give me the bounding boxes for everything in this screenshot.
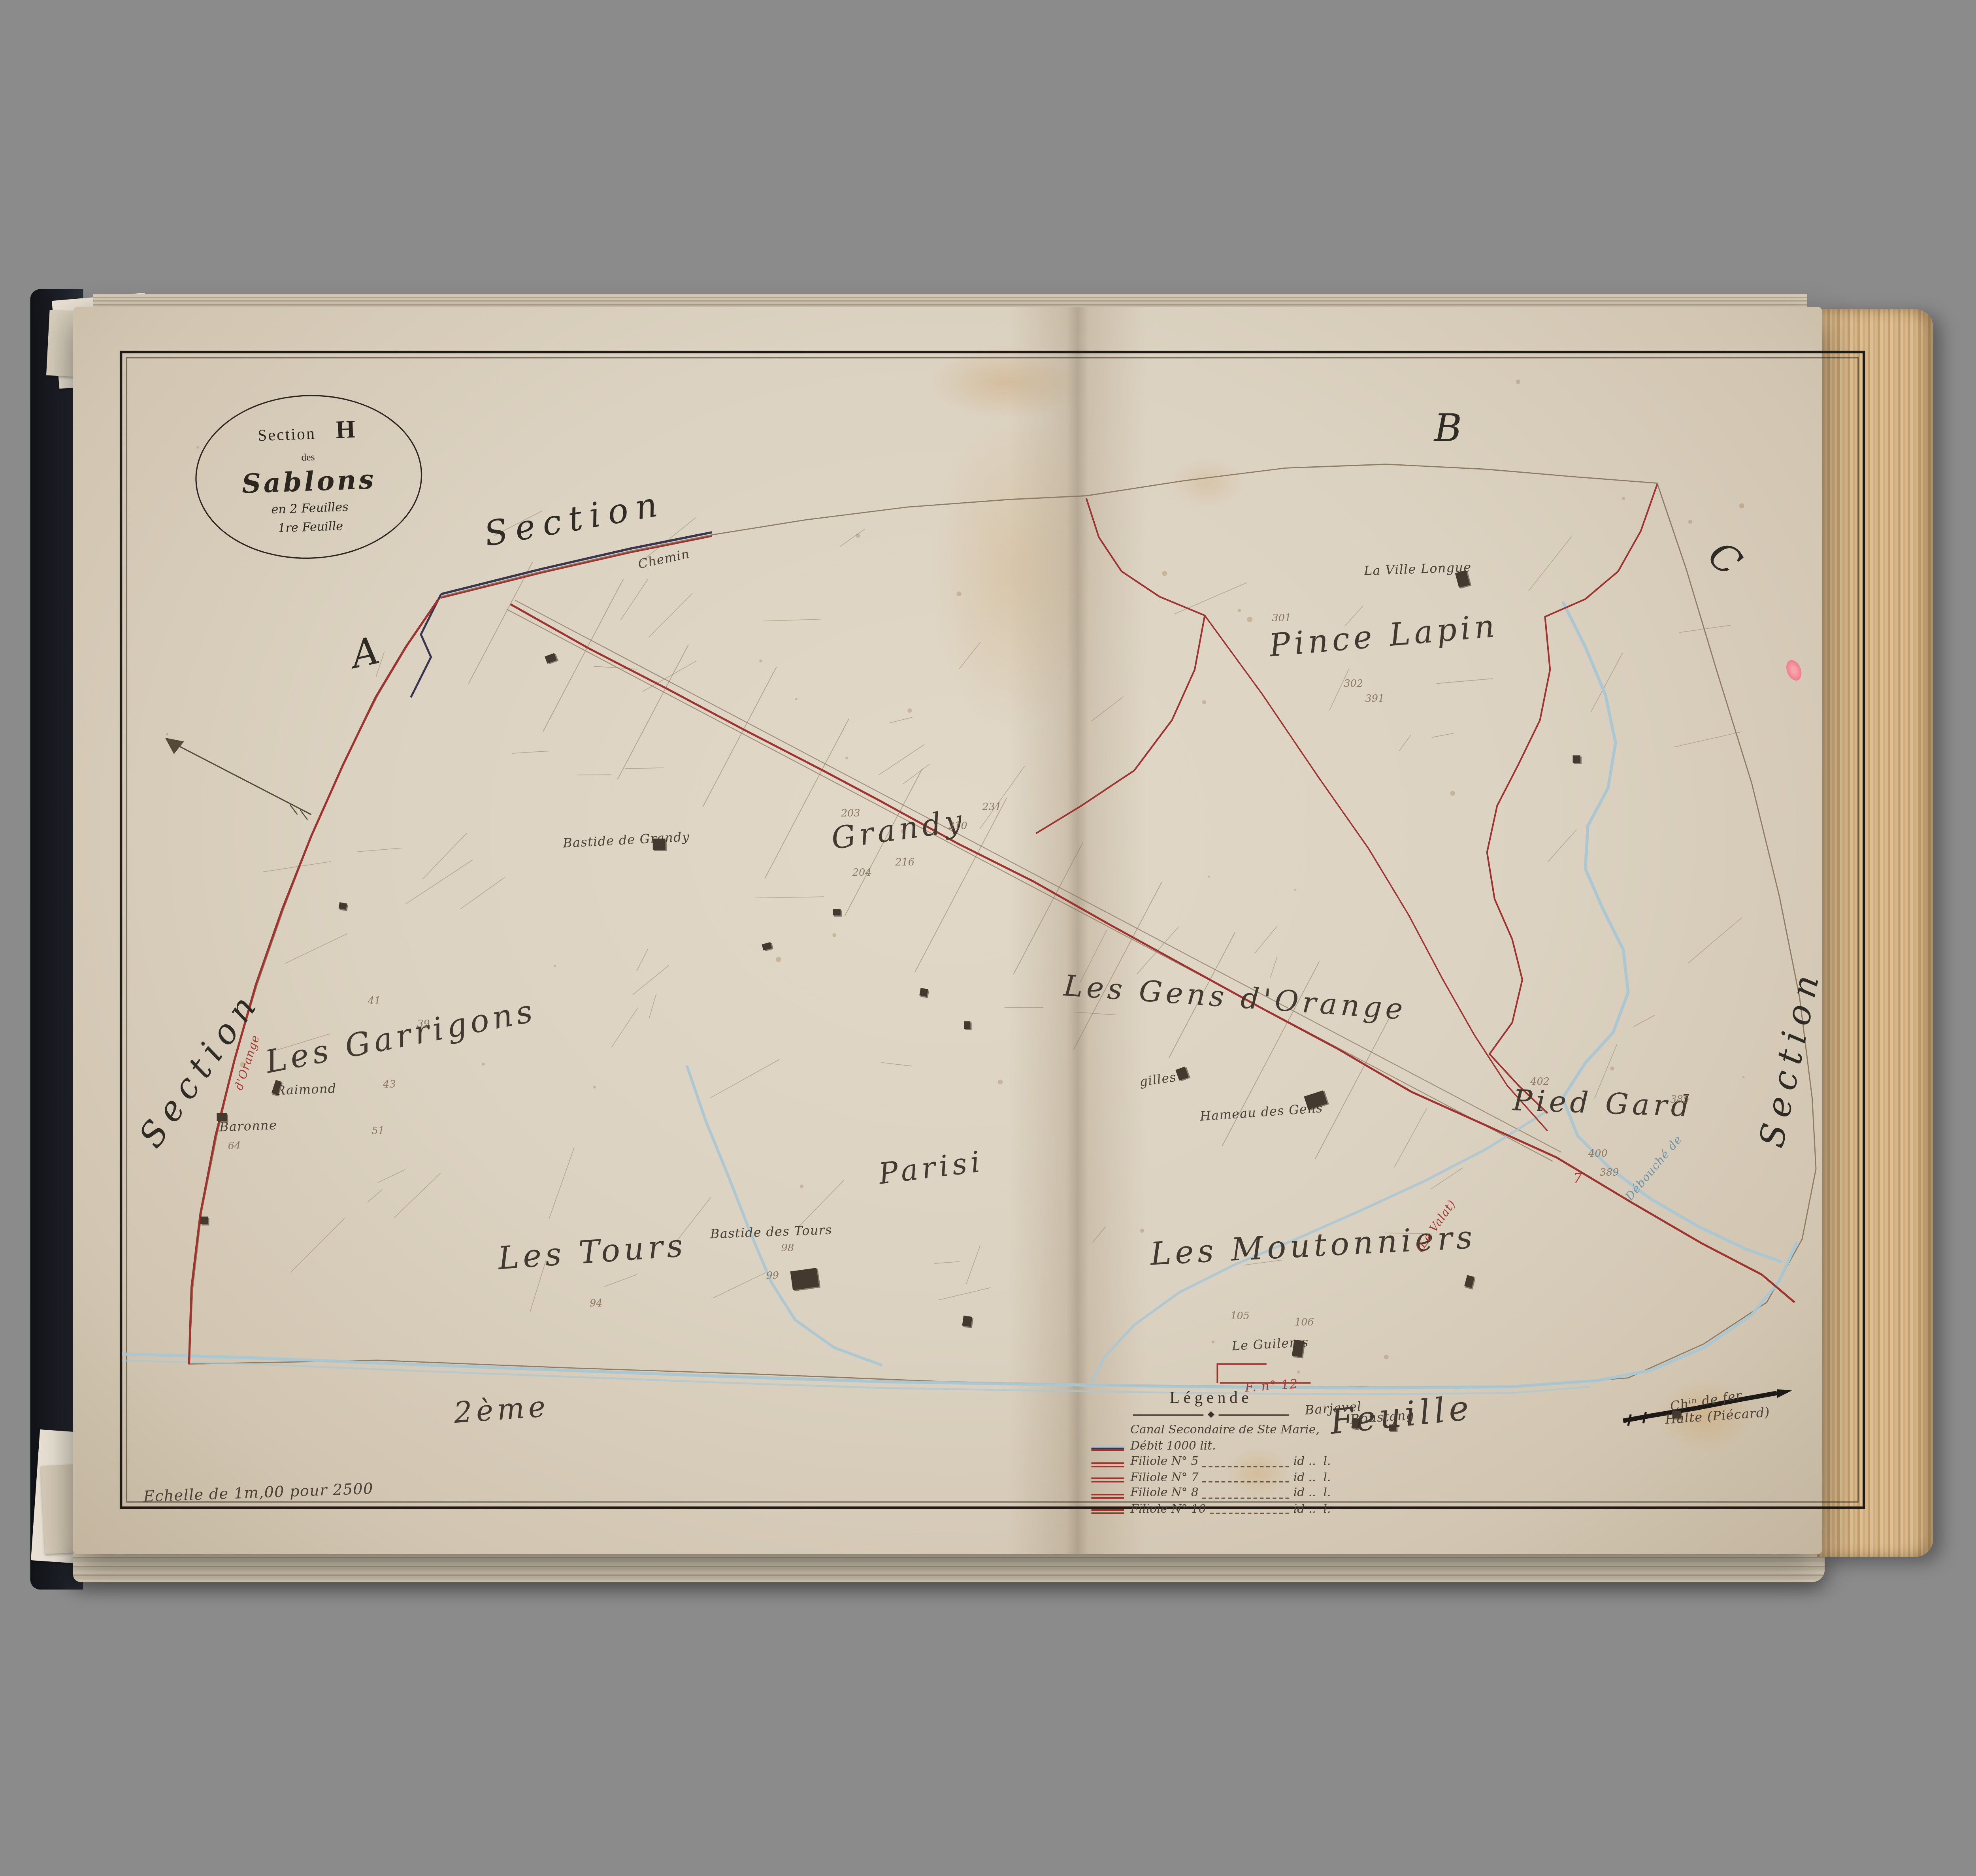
canal-swatch — [1091, 1446, 1124, 1451]
legend-row: Filiole N° 7id .. l. — [1091, 1471, 1331, 1486]
canal-secondaire-dark — [411, 594, 441, 697]
filiole-swatch — [1091, 1461, 1124, 1467]
map-legend: Légende ◆ Canal Secondaire de Ste Marie,… — [1091, 1388, 1331, 1518]
legend-value: l. — [1316, 1471, 1331, 1486]
legend-value: l. — [1316, 1486, 1331, 1502]
index-letter: B — [1434, 407, 1465, 451]
parcel-number: 210 — [948, 820, 967, 831]
parcel-number: 99 — [766, 1270, 779, 1282]
building-footprint — [217, 1113, 227, 1121]
legend-row: Filiole N° 8id .. l. — [1091, 1486, 1331, 1502]
legend-label: Filiole N° 8 — [1130, 1486, 1198, 1502]
legend-label: Filiole N° 7 — [1130, 1471, 1198, 1486]
parcel-number: 41 — [368, 996, 381, 1007]
legend-leader — [1202, 1497, 1290, 1498]
cartouche-section-word: Section — [257, 424, 316, 445]
place-name: 2ème — [453, 1391, 550, 1431]
filiole-swatch — [1091, 1509, 1124, 1514]
building-footprint — [833, 909, 841, 915]
filiole-swatch — [1091, 1493, 1124, 1498]
legend-leader — [1210, 1513, 1290, 1514]
parcel-number: 302 — [1344, 678, 1363, 689]
parcel-number: 39 — [417, 1018, 430, 1029]
legend-canal-label: Canal Secondaire de Ste Marie, Débit 100… — [1130, 1423, 1331, 1455]
legend-filiole-rows: Filiole N° 5id .. l.Filiole N° 7id .. l.… — [1091, 1455, 1331, 1518]
commune-outline — [189, 464, 1816, 1387]
building-footprint — [653, 838, 666, 849]
parcel-number: 231 — [982, 801, 1001, 813]
north-arrow-feather — [290, 804, 307, 819]
building-footprint — [200, 1216, 208, 1224]
stream-blue — [120, 1242, 1797, 1388]
railway-arrowhead — [1777, 1389, 1792, 1398]
building-footprint — [1573, 755, 1580, 763]
parcel-number: 51 — [371, 1125, 384, 1137]
building-footprint — [1389, 1424, 1396, 1430]
parcel-number: 98 — [781, 1242, 794, 1254]
legend-row: Filiole N° 10id .. l. — [1091, 1502, 1331, 1518]
cartouche-sheets: en 2 Feuilles — [198, 498, 422, 520]
parcel-number: 400 — [1588, 1148, 1608, 1159]
parcel-number: 203 — [841, 807, 860, 819]
parcel-number: 402 — [1530, 1076, 1550, 1088]
red-boundary-right — [1487, 485, 1657, 1113]
legend-row-canal: Canal Secondaire de Ste Marie, Débit 100… — [1091, 1423, 1331, 1455]
parcel-number: 204 — [852, 867, 872, 878]
legend-id: id .. — [1293, 1471, 1316, 1486]
legend-id: id .. — [1293, 1486, 1316, 1502]
map-label: 7 — [1573, 1171, 1583, 1187]
legend-title: Légende — [1091, 1388, 1331, 1408]
parcel-number: 391 — [1365, 693, 1385, 704]
legend-value: l. — [1316, 1502, 1331, 1518]
building-footprint — [963, 1021, 970, 1029]
legend-id: id .. — [1293, 1502, 1316, 1518]
legend-row: Filiole N° 5id .. l. — [1091, 1455, 1331, 1471]
building-footprint — [1672, 1410, 1680, 1418]
legend-label: Filiole N° 5 — [1130, 1455, 1198, 1471]
building-footprint — [919, 988, 928, 997]
building-footprint — [1292, 1339, 1304, 1357]
red-canal-road — [441, 536, 712, 598]
road-edge — [507, 609, 1553, 1161]
parcel-number: 64 — [228, 1140, 241, 1152]
stream-blue — [687, 1065, 882, 1365]
parcel-number: 43 — [383, 1078, 396, 1090]
filiole-swatch — [1091, 1477, 1124, 1482]
legend-label: Filiole N° 10 — [1130, 1502, 1206, 1518]
red-main-road — [510, 604, 1794, 1302]
parcel-number: 301 — [1272, 612, 1292, 624]
parcel-number: 105 — [1230, 1310, 1250, 1322]
legend-ornament: ◆ — [1129, 1409, 1293, 1420]
north-arrowhead — [165, 737, 184, 754]
map-label: Baronne — [219, 1119, 277, 1135]
parcel-number: 106 — [1295, 1317, 1314, 1328]
parcel-number: 389 — [1600, 1167, 1619, 1178]
legend-value: l. — [1316, 1455, 1331, 1471]
map-label: Raimond — [276, 1082, 337, 1098]
river-blue-s — [1563, 601, 1782, 1262]
parcel-number: 385 — [1670, 1094, 1689, 1105]
cartouche-name: Sablons — [196, 462, 422, 501]
parcel-number: 216 — [895, 857, 914, 868]
north-arrow — [168, 740, 311, 815]
legend-leader — [1202, 1481, 1290, 1482]
parcel-number: 94 — [590, 1298, 602, 1309]
cartouche-section-letter: H — [335, 416, 357, 444]
building-footprint — [962, 1316, 972, 1327]
legend-leader — [1202, 1465, 1290, 1467]
road-edge — [515, 600, 1561, 1152]
atlas-photo: SectionH des Sablons en 2 Feuilles 1re F… — [0, 279, 1976, 1597]
place-name: Pied Gard — [1512, 1085, 1694, 1124]
red-boundary-pince — [1036, 498, 1205, 833]
legend-id: id .. — [1293, 1455, 1316, 1471]
